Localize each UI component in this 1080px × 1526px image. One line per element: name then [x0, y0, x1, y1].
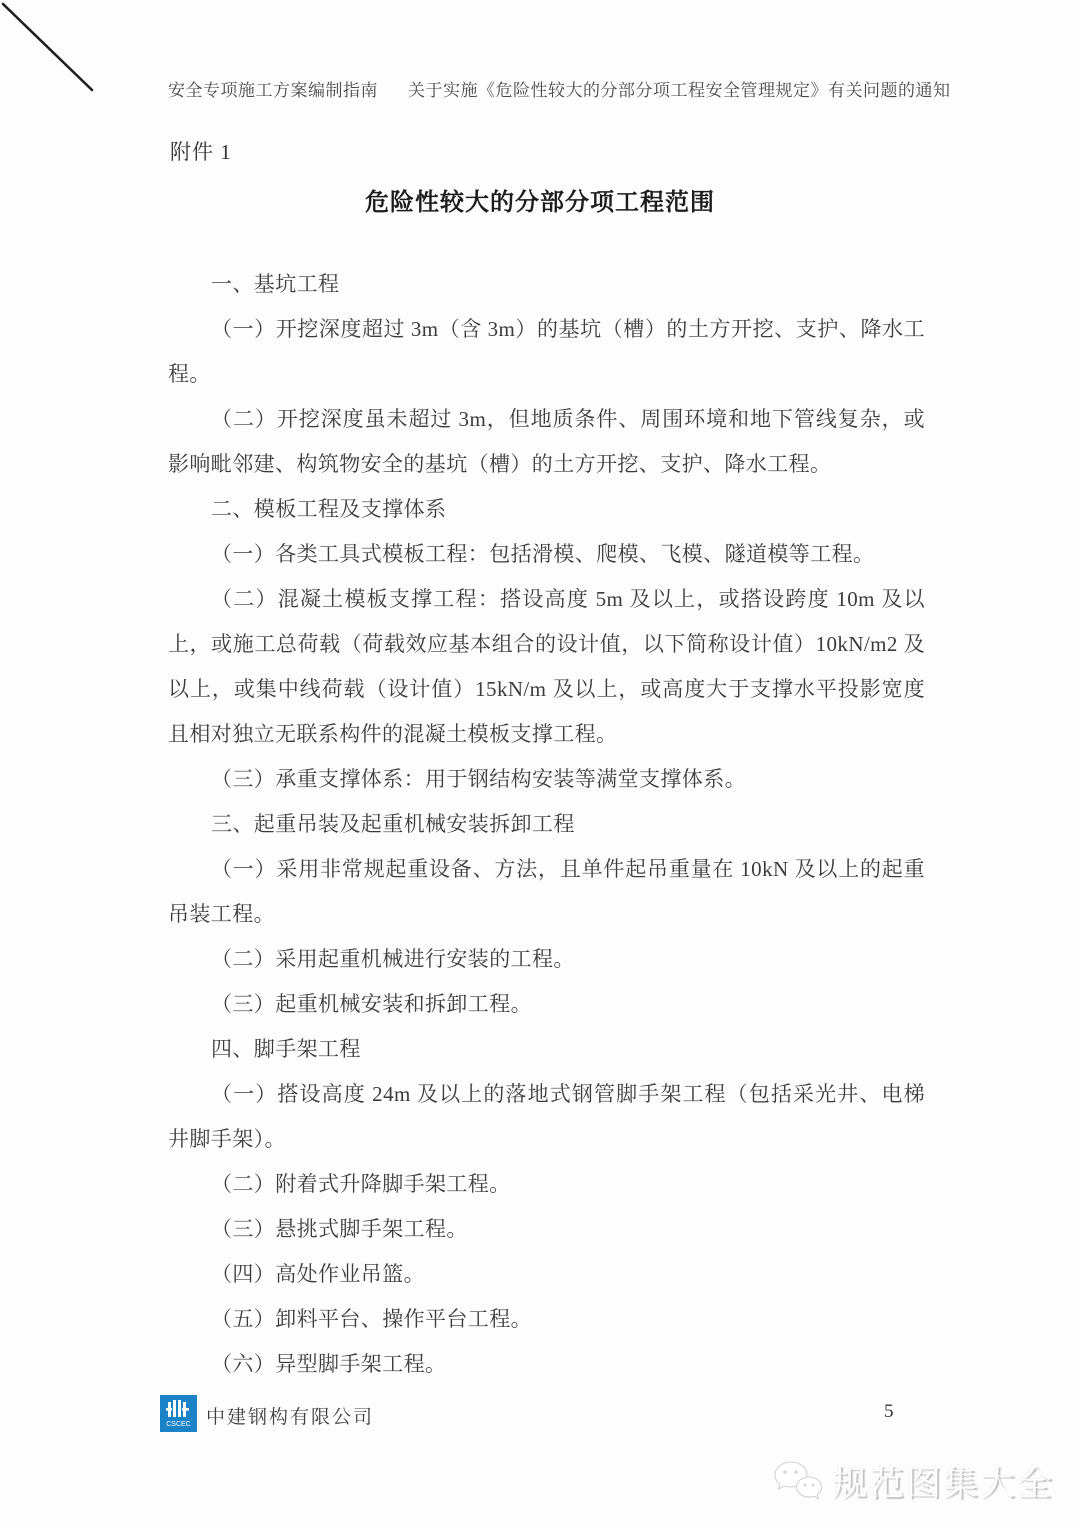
body-line: （三）悬挑式脚手架工程。 — [168, 1207, 925, 1252]
svg-text:CSCEC: CSCEC — [166, 1421, 191, 1428]
body-line: 程。 — [168, 352, 925, 397]
body-line: （四）高处作业吊篮。 — [168, 1252, 925, 1297]
body-line: 上，或施工总荷载（荷载效应基本组合的设计值，以下简称设计值）10kN/m2 及 — [168, 622, 925, 667]
body-line: （一）开挖深度超过 3m（含 3m）的基坑（槽）的土方开挖、支护、降水工 — [168, 307, 925, 352]
body-line: （六）异型脚手架工程。 — [168, 1342, 925, 1387]
body-line: 吊装工程。 — [168, 892, 925, 937]
body-line: （二）开挖深度虽未超过 3m，但地质条件、周围环境和地下管线复杂，或 — [168, 397, 925, 442]
page-title: 危险性较大的分部分项工程范围 — [0, 182, 1080, 217]
body-line: （一）各类工具式模板工程：包括滑模、爬模、飞模、隧道模等工程。 — [168, 532, 925, 577]
body-line: （二）附着式升降脚手架工程。 — [168, 1162, 925, 1207]
header-left-title: 安全专项施工方案编制指南 — [168, 76, 378, 101]
cscec-logo-icon: CSCEC — [160, 1395, 197, 1432]
body-line: 且相对独立无联系构件的混凝土模板支撑工程。 — [168, 712, 925, 757]
body-line: （三）起重机械安装和拆卸工程。 — [168, 982, 925, 1027]
document-page: 安全专项施工方案编制指南 关于实施《危险性较大的分部分项工程安全管理规定》有关问… — [0, 0, 1080, 1526]
watermark: 规范图集大全 — [772, 1456, 1054, 1506]
body-line: 一、基坑工程 — [168, 262, 925, 307]
body-line: （三）承重支撑体系：用于钢结构安装等满堂支撑体系。 — [168, 757, 925, 802]
watermark-text: 规范图集大全 — [832, 1456, 1054, 1506]
body-line: （五）卸料平台、操作平台工程。 — [168, 1297, 925, 1342]
body-line: 影响毗邻建、构筑物安全的基坑（槽）的土方开挖、支护、降水工程。 — [168, 442, 925, 487]
body-line: （二）混凝土模板支撑工程：搭设高度 5m 及以上，或搭设跨度 10m 及以 — [168, 577, 925, 622]
body-line: （一）采用非常规起重设备、方法，且单件起吊重量在 10kN 及以上的起重 — [168, 847, 925, 892]
body-line: 井脚手架）。 — [168, 1117, 925, 1162]
footer: CSCEC 中建钢构有限公司 5 — [160, 1395, 930, 1435]
body-line: 三、起重吊装及起重机械安装拆卸工程 — [168, 802, 925, 847]
body-line: 以上，或集中线荷载（设计值）15kN/m 及以上，或高度大于支撑水平投影宽度 — [168, 667, 925, 712]
document-body: 一、基坑工程（一）开挖深度超过 3m（含 3m）的基坑（槽）的土方开挖、支护、降… — [168, 262, 925, 1387]
header-right-title: 关于实施《危险性较大的分部分项工程安全管理规定》有关问题的通知 — [408, 76, 951, 101]
body-line: （二）采用起重机械进行安装的工程。 — [168, 937, 925, 982]
body-line: 四、脚手架工程 — [168, 1027, 925, 1072]
footer-company-name: 中建钢构有限公司 — [206, 1402, 374, 1429]
page-number: 5 — [884, 1401, 894, 1423]
body-line: 二、模板工程及支撑体系 — [168, 487, 925, 532]
scan-corner-line — [0, 0, 100, 100]
running-header: 安全专项施工方案编制指南 关于实施《危险性较大的分部分项工程安全管理规定》有关问… — [168, 76, 930, 101]
attachment-label: 附件 1 — [170, 136, 232, 166]
body-line: （一）搭设高度 24m 及以上的落地式钢管脚手架工程（包括采光井、电梯 — [168, 1072, 925, 1117]
wechat-icon — [772, 1459, 824, 1503]
